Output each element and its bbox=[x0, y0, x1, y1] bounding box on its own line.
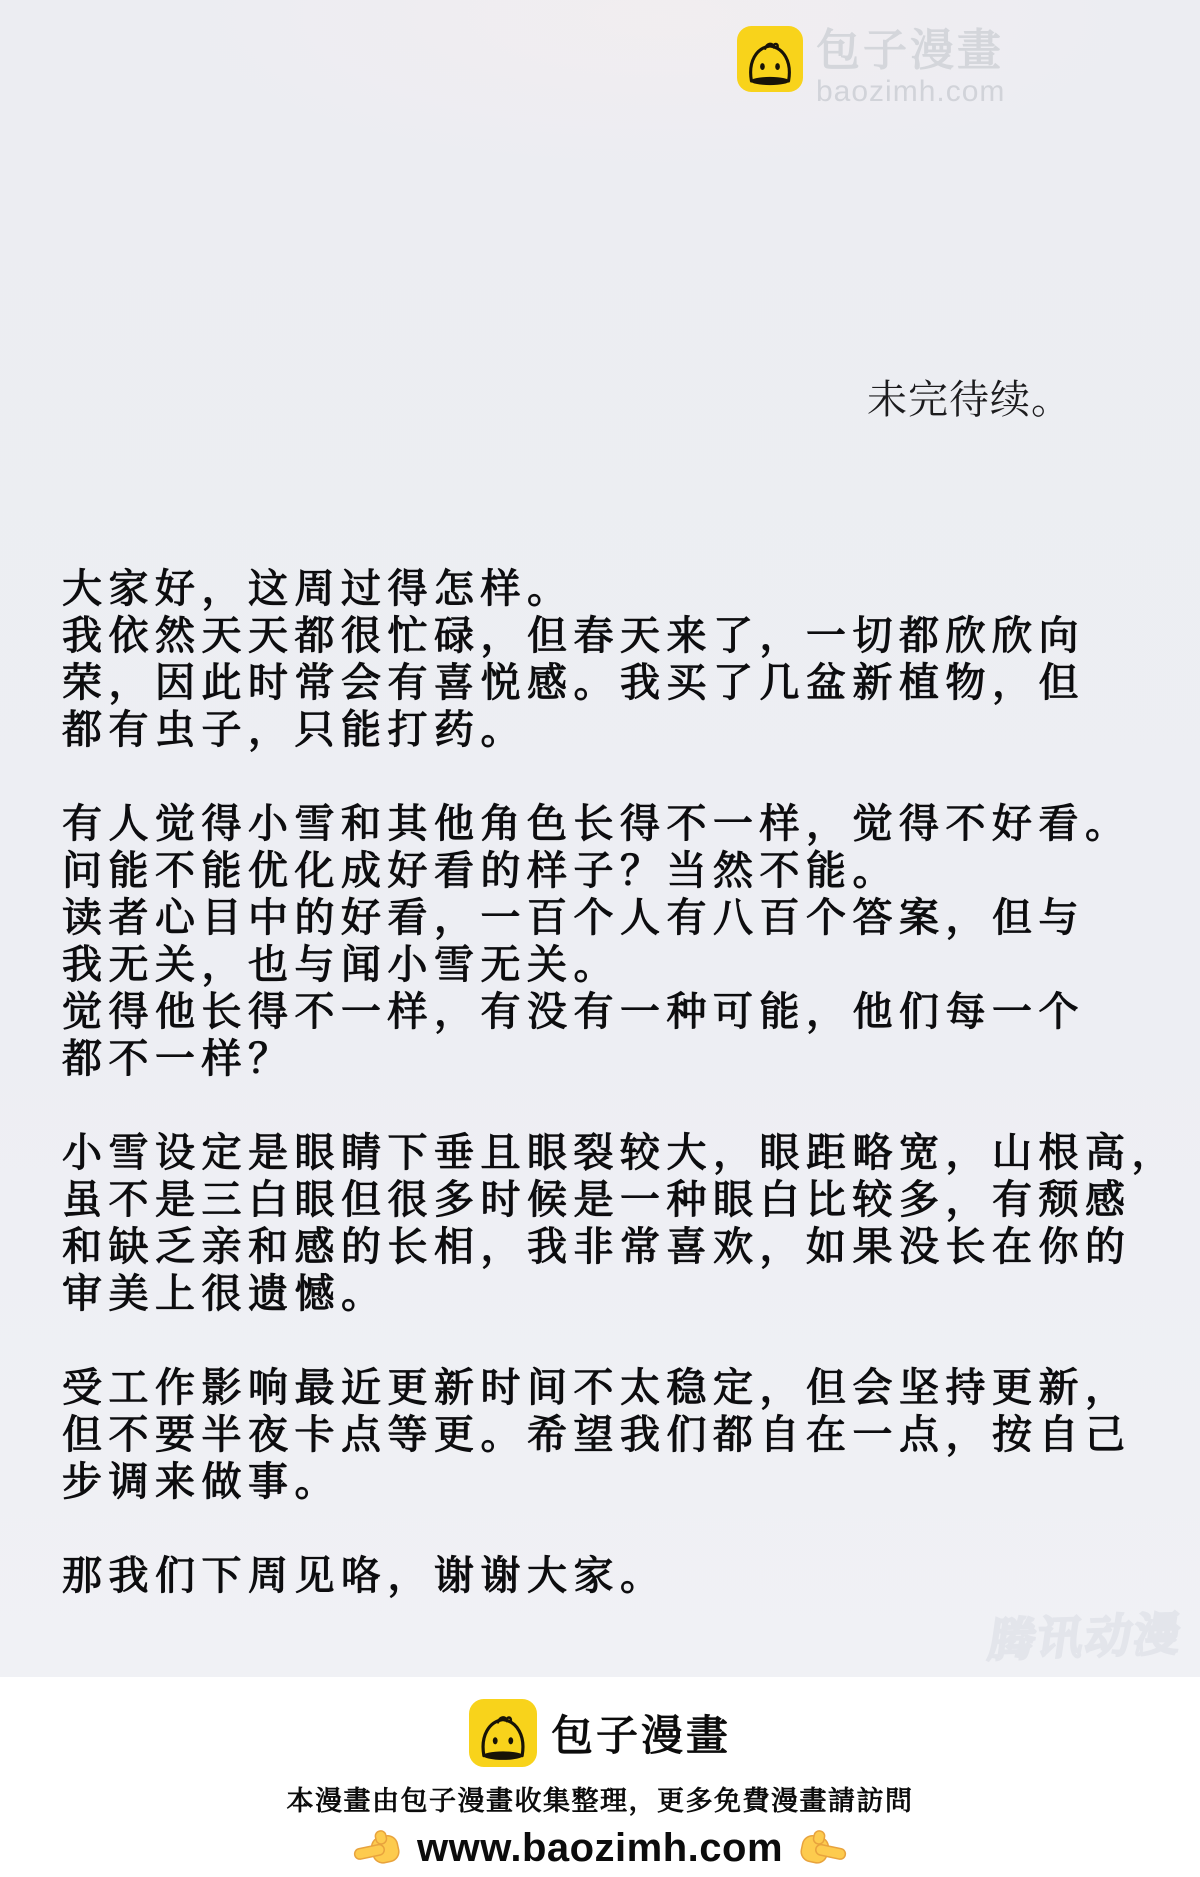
baozi-bun-icon bbox=[737, 26, 803, 92]
pointing-right-hand-icon bbox=[799, 1831, 847, 1867]
afterword-paragraph-1: 大家好，这周过得怎样。 我依然天天都很忙碌，但春天来了，一切都欣欣向 荣，因此时… bbox=[62, 566, 1190, 754]
brand-domain: baozimh.com bbox=[816, 76, 1005, 108]
manga-afterword-page: 包子漫畫 baozimh.com 未完待续。 大家好，这周过得怎样。 我依然天天… bbox=[0, 0, 1200, 1877]
pointing-left-hand-icon bbox=[353, 1831, 401, 1867]
site-url[interactable]: www.baozimh.com bbox=[417, 1826, 783, 1871]
author-afterword: 大家好，这周过得怎样。 我依然天天都很忙碌，但春天来了，一切都欣欣向 荣，因此时… bbox=[62, 566, 1190, 1647]
to-be-continued-text: 未完待续。 bbox=[867, 378, 1072, 422]
afterword-paragraph-2: 有人觉得小雪和其他角色长得不一样，觉得不好看。 问能不能优化成好看的样子？当然不… bbox=[62, 801, 1190, 1083]
footer-brand: 包子漫畫 bbox=[469, 1699, 731, 1767]
footer-notice: 本漫畫由包子漫畫收集整理，更多免費漫畫請訪問 bbox=[287, 1779, 914, 1818]
baozi-bun-icon bbox=[469, 1699, 537, 1767]
afterword-paragraph-3: 小雪设定是眼睛下垂且眼裂较大，眼距略宽，山根高， 虽不是三白眼但很多时候是一种眼… bbox=[62, 1130, 1190, 1318]
site-footer: 包子漫畫 本漫畫由包子漫畫收集整理，更多免費漫畫請訪問 www.baozimh.… bbox=[0, 1677, 1200, 1877]
site-brand-header: 包子漫畫 baozimh.com bbox=[737, 26, 1005, 108]
tencent-comics-watermark: 腾讯动漫 bbox=[985, 1598, 1187, 1671]
afterword-paragraph-4: 受工作影响最近更新时间不太稳定，但会坚持更新， 但不要半夜卡点等更。希望我们都自… bbox=[62, 1365, 1190, 1506]
site-url-row: www.baozimh.com bbox=[353, 1826, 847, 1871]
brand-name: 包子漫畫 bbox=[816, 26, 1005, 76]
page-background: 包子漫畫 baozimh.com 未完待续。 大家好，这周过得怎样。 我依然天天… bbox=[0, 0, 1200, 1677]
afterword-paragraph-5: 那我们下周见咯，谢谢大家。 bbox=[62, 1553, 1190, 1600]
footer-brand-name: 包子漫畫 bbox=[551, 1703, 731, 1763]
